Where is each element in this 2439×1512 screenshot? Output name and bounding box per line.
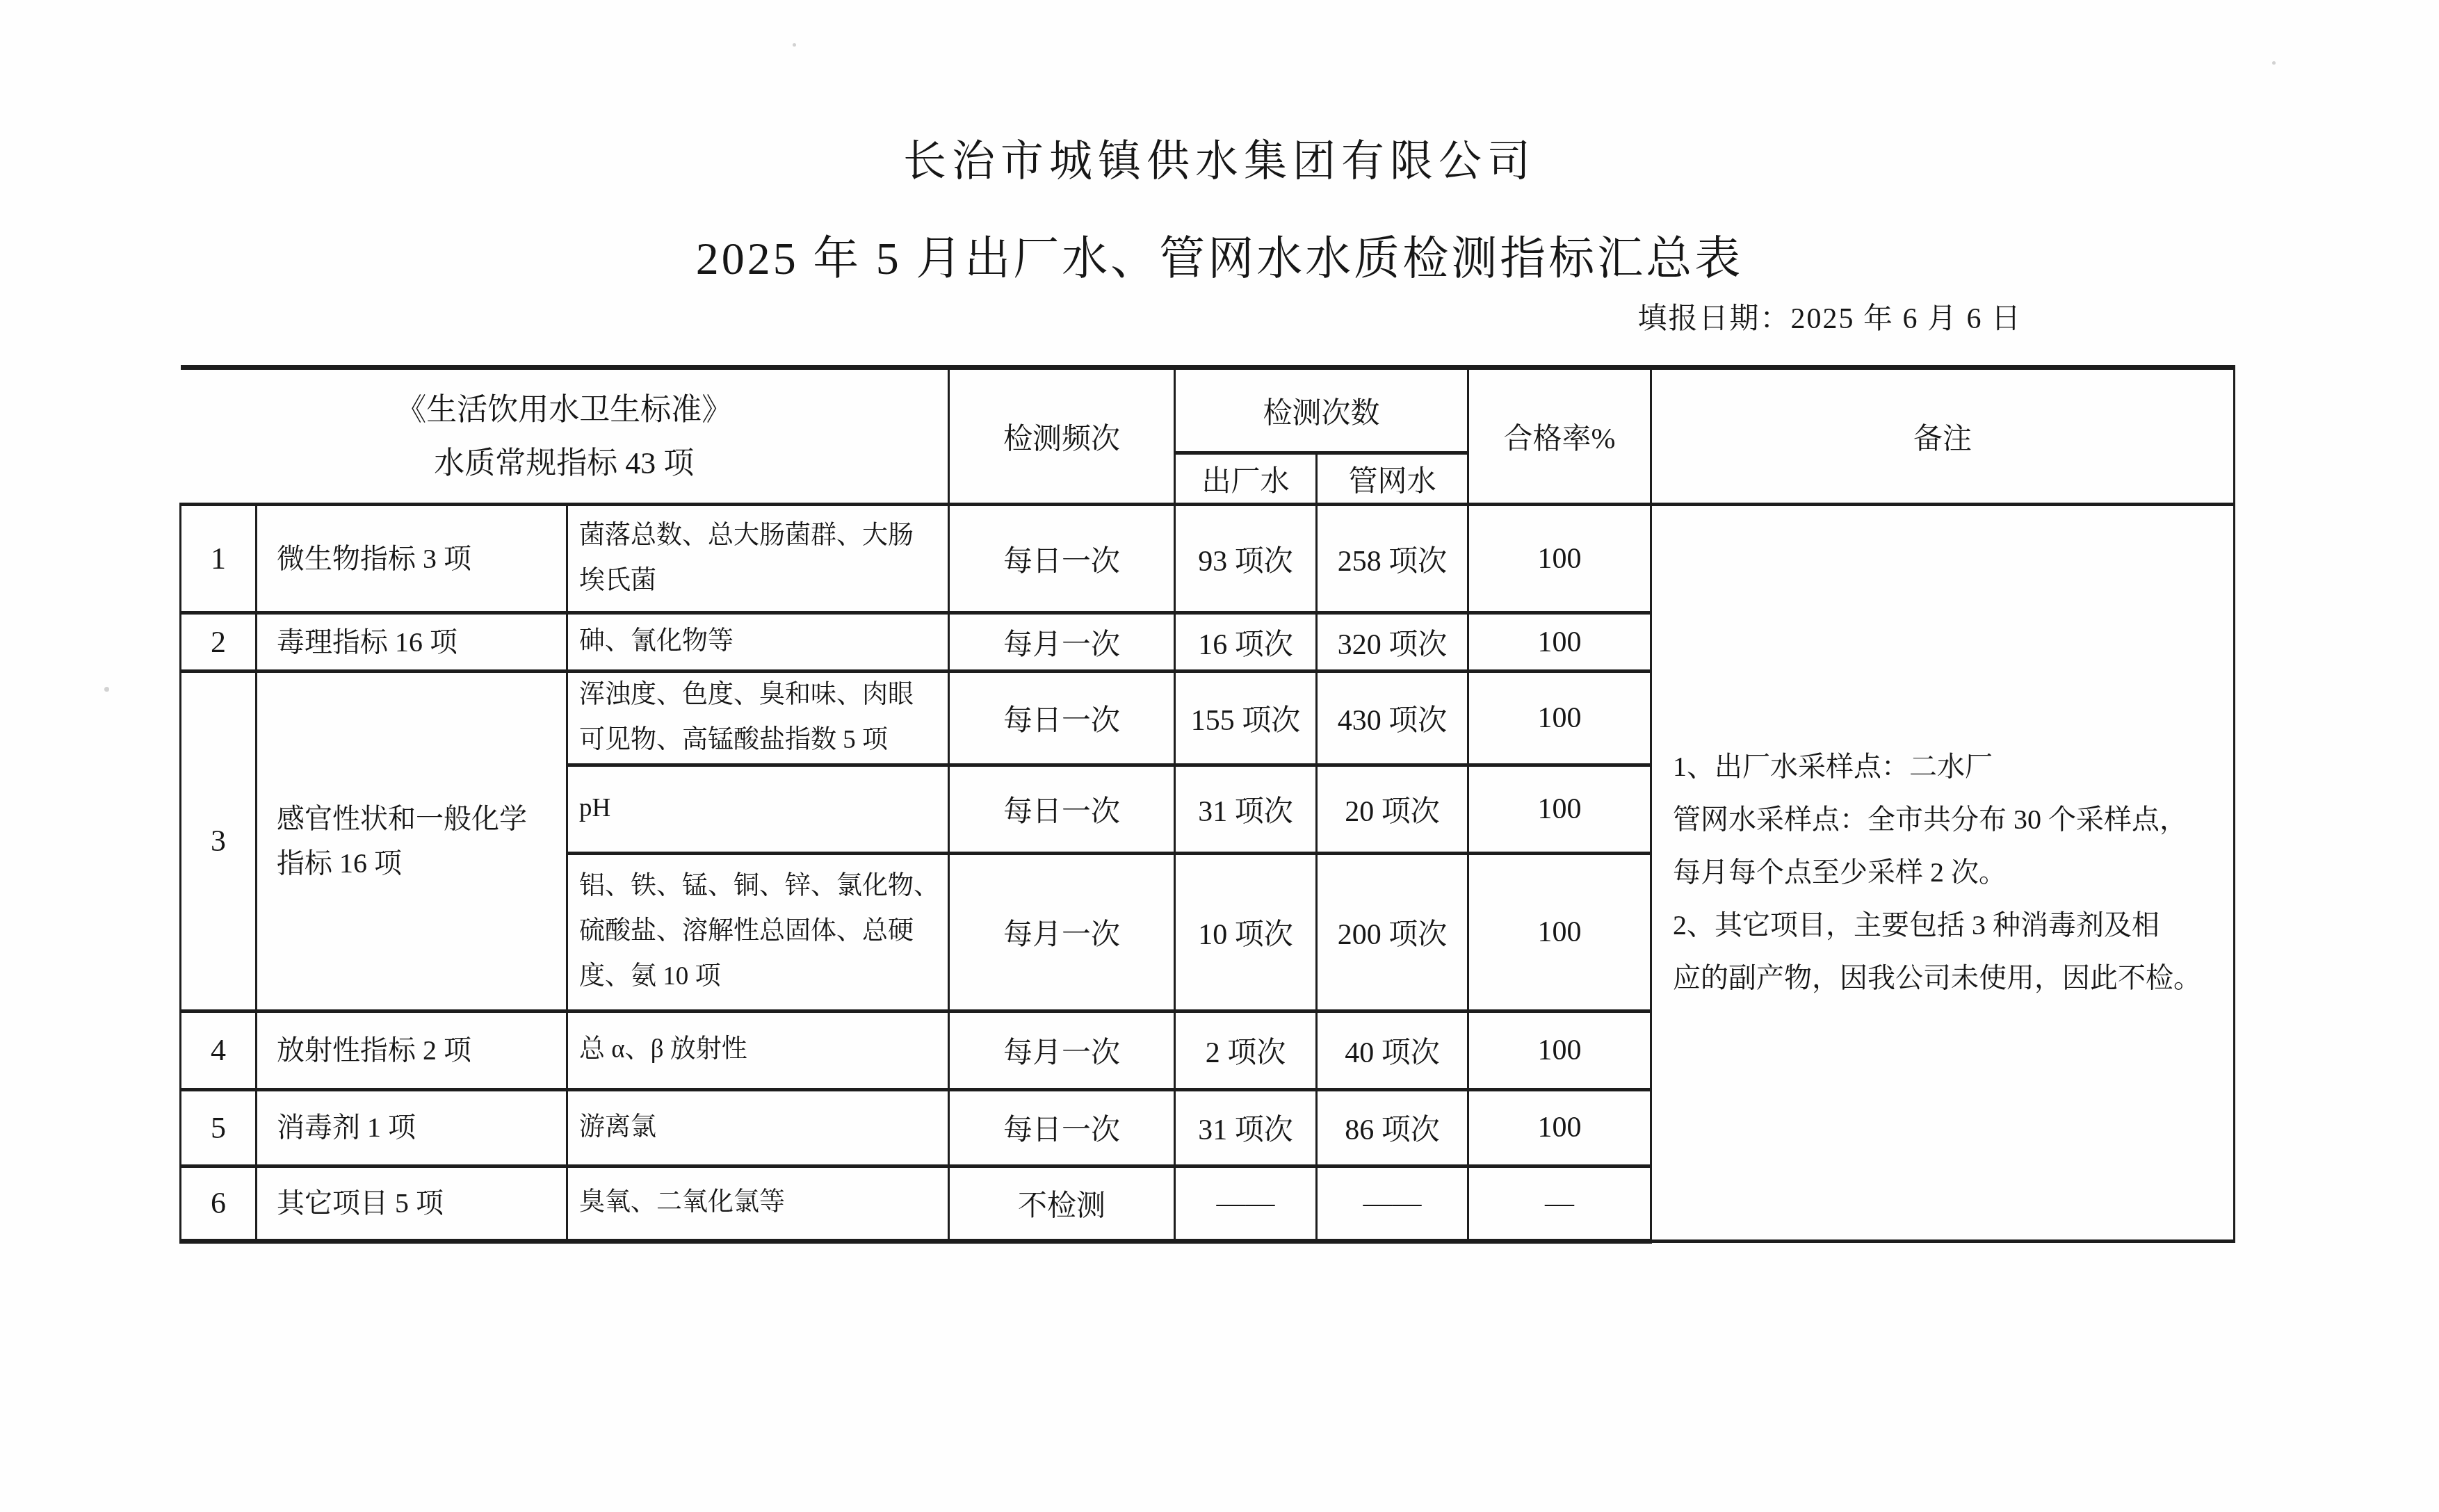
- cell-r6-category: 其它项目 5 项: [257, 1166, 567, 1241]
- cell-r3b-network-count: 20 项次: [1317, 765, 1468, 853]
- scan-speckle: [793, 43, 796, 47]
- cell-r5-factory-count: 31 项次: [1175, 1089, 1317, 1166]
- cell-r5-frequency: 每日一次: [949, 1089, 1175, 1166]
- cell-r4-frequency: 每月一次: [949, 1011, 1175, 1089]
- cell-r4-category: 放射性指标 2 项: [257, 1011, 567, 1089]
- header-frequency: 检测频次: [949, 368, 1175, 505]
- header-standard: 《生活饮用水卫生标准》水质常规指标 43 项: [181, 368, 949, 505]
- cell-r2-items: 砷、氰化物等: [567, 613, 949, 672]
- cell-r1-network-count: 258 项次: [1317, 505, 1468, 613]
- cell-r1-items: 菌落总数、总大肠菌群、大肠 埃氏菌: [567, 505, 949, 613]
- cell-r3c-items: 铝、铁、锰、铜、锌、氯化物、 硫酸盐、溶解性总固体、总硬 度、氨 10 项: [567, 853, 949, 1011]
- report-title: 2025 年 5 月出厂水、管网水水质检测指标汇总表: [0, 221, 2439, 287]
- cell-r3b-items: pH: [567, 765, 949, 853]
- cell-r1-no: 1: [181, 505, 257, 613]
- cell-r4-pass-rate: 100: [1468, 1011, 1651, 1089]
- cell-r3a-frequency: 每日一次: [949, 672, 1175, 765]
- cell-r3c-pass-rate: 100: [1468, 853, 1651, 1011]
- cell-r6-pass-rate: —: [1468, 1166, 1651, 1241]
- cell-r3b-frequency: 每日一次: [949, 765, 1175, 853]
- cell-r1-category: 微生物指标 3 项: [257, 505, 567, 613]
- cell-r2-pass-rate: 100: [1468, 613, 1651, 672]
- cell-r1-pass-rate: 100: [1468, 505, 1651, 613]
- cell-r4-factory-count: 2 项次: [1175, 1011, 1317, 1089]
- header-standard-line2: 水质常规指标 43 项: [181, 437, 948, 490]
- remark-line: 每月每个点至少采样 2 次。: [1673, 846, 2219, 899]
- header-row-1: 《生活饮用水卫生标准》水质常规指标 43 项 检测频次 检测次数 合格率% 备注: [181, 368, 2235, 453]
- cell-r6-no: 6: [181, 1166, 257, 1241]
- cell-r4-no: 4: [181, 1011, 257, 1089]
- remark-line: 1、出厂水采样点：二水厂: [1673, 740, 2219, 793]
- cell-r3c-factory-count: 10 项次: [1175, 853, 1317, 1011]
- cell-r5-pass-rate: 100: [1468, 1089, 1651, 1166]
- report-date: 填报日期：2025 年 6 月 6 日: [1637, 295, 2022, 337]
- cell-r5-no: 5: [181, 1089, 257, 1166]
- cell-r2-category: 毒理指标 16 项: [257, 613, 567, 672]
- cell-r6-frequency: 不检测: [949, 1166, 1175, 1241]
- scan-speckle: [2272, 61, 2276, 65]
- cell-r3-no: 3: [181, 672, 257, 1011]
- cell-r6-items: 臭氧、二氧化氯等: [567, 1166, 949, 1241]
- remark-line: 2、其它项目，主要包括 3 种消毒剂及相: [1673, 899, 2219, 952]
- cell-r1-factory-count: 93 项次: [1175, 505, 1317, 613]
- cell-r5-items: 游离氯: [567, 1089, 949, 1166]
- cell-r4-network-count: 40 项次: [1317, 1011, 1468, 1089]
- cell-r3a-pass-rate: 100: [1468, 672, 1651, 765]
- scan-speckle: [104, 687, 109, 692]
- cell-r3b-pass-rate: 100: [1468, 765, 1651, 853]
- summary-table: 《生活饮用水卫生标准》水质常规指标 43 项 检测频次 检测次数 合格率% 备注…: [179, 365, 2235, 1244]
- cell-r5-category: 消毒剂 1 项: [257, 1089, 567, 1166]
- cell-r3b-factory-count: 31 项次: [1175, 765, 1317, 853]
- cell-r2-network-count: 320 项次: [1317, 613, 1468, 672]
- cell-r3a-factory-count: 155 项次: [1175, 672, 1317, 765]
- cell-r6-factory-count: ——: [1175, 1166, 1317, 1241]
- cell-r4-items: 总 α、β 放射性: [567, 1011, 949, 1089]
- cell-r3a-items: 浑浊度、色度、臭和味、肉眼 可见物、高锰酸盐指数 5 项: [567, 672, 949, 765]
- header-count-group: 检测次数: [1175, 368, 1468, 453]
- scanned-document: { "colors": { "ink": "#1a1a1a", "page_bg…: [0, 0, 2439, 1512]
- cell-r2-factory-count: 16 项次: [1175, 613, 1317, 672]
- cell-r3c-frequency: 每月一次: [949, 853, 1175, 1011]
- cell-r3-category: 感官性状和一般化学 指标 16 项: [257, 672, 567, 1011]
- header-remark: 备注: [1651, 368, 2235, 505]
- cell-remark: 1、出厂水采样点：二水厂 管网水采样点：全市共分布 30 个采样点， 每月每个点…: [1651, 505, 2235, 1242]
- cell-r3c-network-count: 200 项次: [1317, 853, 1468, 1011]
- cell-r1-frequency: 每日一次: [949, 505, 1175, 613]
- header-count-network: 管网水: [1317, 453, 1468, 505]
- cell-r5-network-count: 86 项次: [1317, 1089, 1468, 1166]
- cell-r6-network-count: ——: [1317, 1166, 1468, 1241]
- company-title: 长治市城镇供水集团有限公司: [0, 127, 2439, 188]
- remark-line: 应的副产物，因我公司未使用，因此不检。: [1673, 952, 2219, 1005]
- header-standard-line1: 《生活饮用水卫生标准》: [181, 383, 948, 437]
- cell-r2-no: 2: [181, 613, 257, 672]
- header-count-factory: 出厂水: [1175, 453, 1317, 505]
- remark-line: 管网水采样点：全市共分布 30 个采样点，: [1673, 793, 2219, 846]
- table-row: 1 微生物指标 3 项 菌落总数、总大肠菌群、大肠 埃氏菌 每日一次 93 项次…: [181, 505, 2235, 613]
- header-pass-rate: 合格率%: [1468, 368, 1651, 505]
- cell-r2-frequency: 每月一次: [949, 613, 1175, 672]
- cell-r3a-network-count: 430 项次: [1317, 672, 1468, 765]
